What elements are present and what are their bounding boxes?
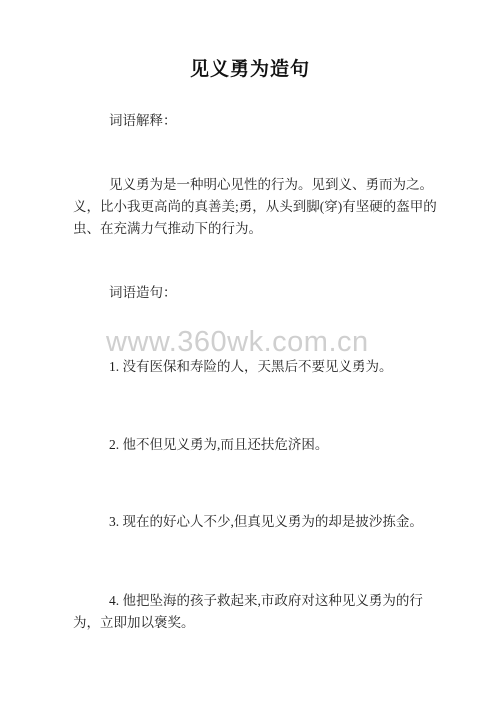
explanation-paragraph: 见义勇为是一种明心见性的行为。见到义、勇而为之。义，比小我更高尚的真善美;勇，从… (73, 174, 445, 240)
document-page: 见义勇为造句 词语解释： 见义勇为是一种明心见性的行为。见到义、勇而为之。义，比… (0, 0, 500, 708)
sentences-section-label: 词语造句： (73, 282, 445, 304)
sentence-item-3: 3. 现在的好心人不少,但真见义勇为的却是披沙拣金。 (73, 511, 445, 533)
sentence-item-1: 1. 没有医保和寿险的人，天黑后不要见义勇为。 (73, 356, 445, 378)
sentence-item-2: 2. 他不但见义勇为,而且还扶危济困。 (73, 434, 445, 456)
explanation-section-label: 词语解释： (73, 110, 445, 132)
page-title: 见义勇为造句 (0, 0, 500, 84)
sentence-item-4: 4. 他把坠海的孩子救起来,市政府对这种见义勇为的行为，立即加以褒奖。 (73, 590, 445, 634)
document-body: 词语解释： 见义勇为是一种明心见性的行为。见到义、勇而为之。义，比小我更高尚的真… (0, 110, 445, 634)
